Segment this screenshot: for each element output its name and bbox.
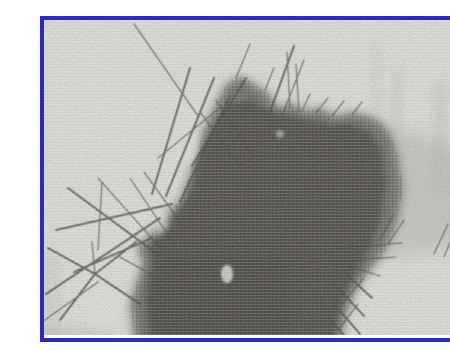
scanned-photo-canvas <box>40 16 450 347</box>
scanline-overlay <box>44 20 450 335</box>
framed-photograph <box>40 16 450 347</box>
photograph <box>40 20 450 347</box>
